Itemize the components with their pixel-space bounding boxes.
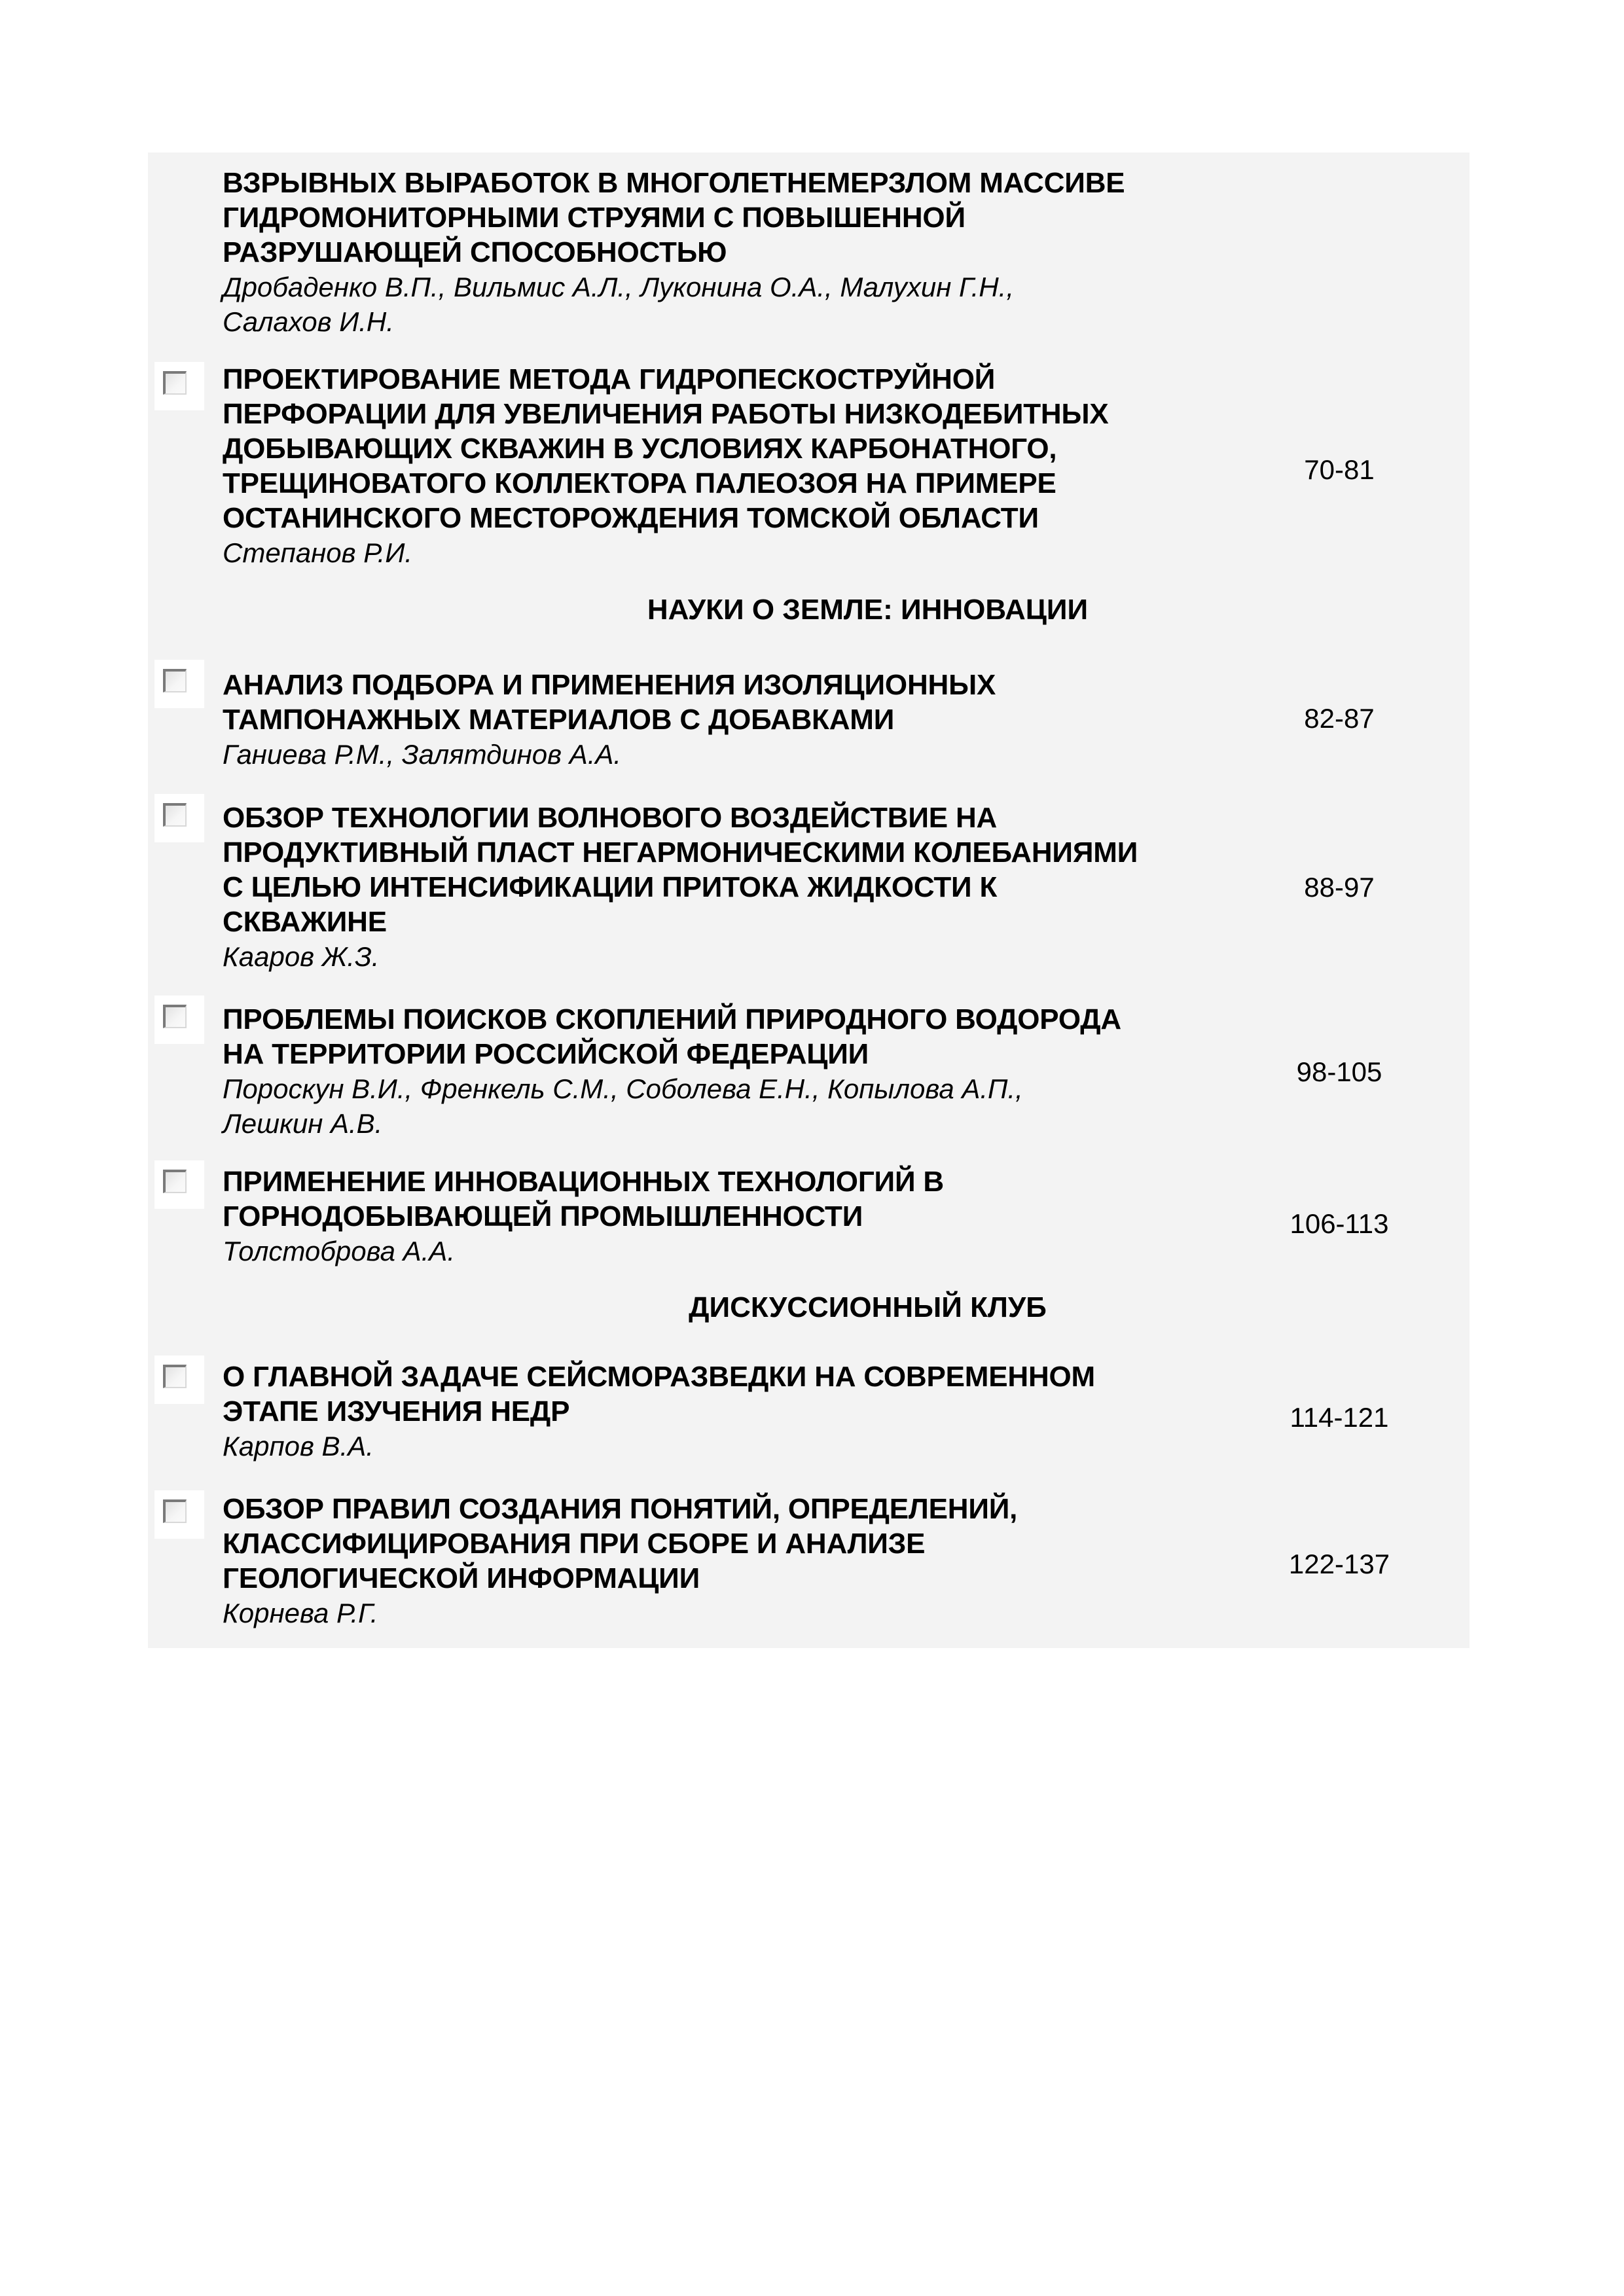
entry-title[interactable]: ВЗРЫВНЫХ ВЫРАБОТОК В МНОГОЛЕТНЕМЕРЗЛОМ М… bbox=[223, 166, 1257, 270]
checkbox-icon[interactable] bbox=[163, 371, 187, 395]
entry-text: О ГЛАВНОЙ ЗАДАЧЕ СЕЙСМОРАЗВЕДКИ НА СОВРЕ… bbox=[223, 1359, 1257, 1463]
entry-authors: Пороскун В.И., Френкель С.М., Соболева Е… bbox=[223, 1071, 1257, 1141]
title-line: НА ТЕРРИТОРИИ РОССИЙСКОЙ ФЕДЕРАЦИИ bbox=[223, 1037, 1257, 1071]
title-line: КЛАССИФИЦИРОВАНИЯ ПРИ СБОРЕ И АНАЛИЗЕ bbox=[223, 1526, 1257, 1561]
entry-title[interactable]: ПРОБЛЕМЫ ПОИСКОВ СКОПЛЕНИЙ ПРИРОДНОГО ВО… bbox=[223, 1002, 1257, 1071]
author-line: Дробаденко В.П., Вильмис А.Л., Луконина … bbox=[223, 270, 1257, 304]
select-checkbox[interactable] bbox=[154, 1355, 204, 1404]
entry-authors: Кааров Ж.З. bbox=[223, 939, 1257, 974]
author-line: Лешкин А.В. bbox=[223, 1106, 1257, 1141]
title-line: ВЗРЫВНЫХ ВЫРАБОТОК В МНОГОЛЕТНЕМЕРЗЛОМ М… bbox=[223, 166, 1257, 200]
title-line: ТРЕЩИНОВАТОГО КОЛЛЕКТОРА ПАЛЕОЗОЯ НА ПРИ… bbox=[223, 466, 1257, 501]
title-line: РАЗРУШАЮЩЕЙ СПОСОБНОСТЬЮ bbox=[223, 235, 1257, 270]
entry-authors: Толстоброва А.А. bbox=[223, 1234, 1257, 1268]
entry-title[interactable]: ОБЗОР ПРАВИЛ СОЗДАНИЯ ПОНЯТИЙ, ОПРЕДЕЛЕН… bbox=[223, 1492, 1257, 1596]
title-line: ТАМПОНАЖНЫХ МАТЕРИАЛОВ С ДОБАВКАМИ bbox=[223, 702, 1257, 737]
author-line: Толстоброва А.А. bbox=[223, 1234, 1257, 1268]
entry-title[interactable]: О ГЛАВНОЙ ЗАДАЧЕ СЕЙСМОРАЗВЕДКИ НА СОВРЕ… bbox=[223, 1359, 1257, 1429]
page-range: 88-97 bbox=[1261, 870, 1418, 905]
checkbox-icon[interactable] bbox=[163, 1365, 187, 1388]
entry-text: АНАЛИЗ ПОДБОРА И ПРИМЕНЕНИЯ ИЗОЛЯЦИОННЫХ… bbox=[223, 668, 1257, 772]
title-line: ПРОБЛЕМЫ ПОИСКОВ СКОПЛЕНИЙ ПРИРОДНОГО ВО… bbox=[223, 1002, 1257, 1037]
author-line: Кааров Ж.З. bbox=[223, 939, 1257, 974]
entry-title[interactable]: ОБЗОР ТЕХНОЛОГИИ ВОЛНОВОГО ВОЗДЕЙСТВИЕ Н… bbox=[223, 800, 1257, 939]
section-heading: НАУКИ О ЗЕМЛЕ: ИННОВАЦИИ bbox=[148, 592, 1470, 627]
section-heading: ДИСКУССИОННЫЙ КЛУБ bbox=[148, 1290, 1470, 1325]
author-line: Ганиева Р.М., Залятдинов А.А. bbox=[223, 737, 1257, 772]
entry-text: ВЗРЫВНЫХ ВЫРАБОТОК В МНОГОЛЕТНЕМЕРЗЛОМ М… bbox=[223, 166, 1257, 339]
entry-text: ПРОБЛЕМЫ ПОИСКОВ СКОПЛЕНИЙ ПРИРОДНОГО ВО… bbox=[223, 1002, 1257, 1141]
title-line: ПРОДУКТИВНЫЙ ПЛАСТ НЕГАРМОНИЧЕСКИМИ КОЛЕ… bbox=[223, 835, 1257, 870]
author-line: Салахов И.Н. bbox=[223, 304, 1257, 339]
title-line: ОСТАНИНСКОГО МЕСТОРОЖДЕНИЯ ТОМСКОЙ ОБЛАС… bbox=[223, 501, 1257, 535]
checkbox-icon[interactable] bbox=[163, 1170, 187, 1193]
title-line: ПРИМЕНЕНИЕ ИННОВАЦИОННЫХ ТЕХНОЛОГИЙ В bbox=[223, 1164, 1257, 1199]
title-line: ГИДРОМОНИТОРНЫМИ СТРУЯМИ С ПОВЫШЕННОЙ bbox=[223, 200, 1257, 235]
entry-text: ОБЗОР ТЕХНОЛОГИИ ВОЛНОВОГО ВОЗДЕЙСТВИЕ Н… bbox=[223, 800, 1257, 974]
title-line: СКВАЖИНЕ bbox=[223, 905, 1257, 939]
author-line: Корнева Р.Г. bbox=[223, 1596, 1257, 1630]
title-line: С ЦЕЛЬЮ ИНТЕНСИФИКАЦИИ ПРИТОКА ЖИДКОСТИ … bbox=[223, 870, 1257, 905]
select-checkbox[interactable] bbox=[154, 1160, 204, 1209]
entry-authors: Степанов Р.И. bbox=[223, 535, 1257, 570]
title-line: ЭТАПЕ ИЗУЧЕНИЯ НЕДР bbox=[223, 1394, 1257, 1429]
entry-title[interactable]: ПРОЕКТИРОВАНИЕ МЕТОДА ГИДРОПЕСКОСТРУЙНОЙ… bbox=[223, 362, 1257, 535]
entry-authors: Дробаденко В.П., Вильмис А.Л., Луконина … bbox=[223, 270, 1257, 339]
title-line: ГЕОЛОГИЧЕСКОЙ ИНФОРМАЦИИ bbox=[223, 1561, 1257, 1596]
title-line: О ГЛАВНОЙ ЗАДАЧЕ СЕЙСМОРАЗВЕДКИ НА СОВРЕ… bbox=[223, 1359, 1257, 1394]
entry-text: ОБЗОР ПРАВИЛ СОЗДАНИЯ ПОНЯТИЙ, ОПРЕДЕЛЕН… bbox=[223, 1492, 1257, 1630]
select-checkbox[interactable] bbox=[154, 794, 204, 842]
page-range: 82-87 bbox=[1261, 701, 1418, 736]
entry-title[interactable]: АНАЛИЗ ПОДБОРА И ПРИМЕНЕНИЯ ИЗОЛЯЦИОННЫХ… bbox=[223, 668, 1257, 737]
title-line: ОБЗОР ТЕХНОЛОГИИ ВОЛНОВОГО ВОЗДЕЙСТВИЕ Н… bbox=[223, 800, 1257, 835]
checkbox-icon[interactable] bbox=[163, 803, 187, 827]
page-range: 122-137 bbox=[1261, 1547, 1418, 1581]
select-checkbox[interactable] bbox=[154, 996, 204, 1044]
select-checkbox[interactable] bbox=[154, 660, 204, 708]
entry-authors: Корнева Р.Г. bbox=[223, 1596, 1257, 1630]
title-line: ГОРНОДОБЫВАЮЩЕЙ ПРОМЫШЛЕННОСТИ bbox=[223, 1199, 1257, 1234]
entry-text: ПРИМЕНЕНИЕ ИННОВАЦИОННЫХ ТЕХНОЛОГИЙ В ГО… bbox=[223, 1164, 1257, 1268]
select-checkbox[interactable] bbox=[154, 362, 204, 410]
checkbox-icon[interactable] bbox=[163, 669, 187, 692]
checkbox-icon[interactable] bbox=[163, 1499, 187, 1523]
title-line: ПРОЕКТИРОВАНИЕ МЕТОДА ГИДРОПЕСКОСТРУЙНОЙ bbox=[223, 362, 1257, 397]
page-range: 106-113 bbox=[1261, 1206, 1418, 1241]
author-line: Карпов В.А. bbox=[223, 1429, 1257, 1463]
entry-title[interactable]: ПРИМЕНЕНИЕ ИННОВАЦИОННЫХ ТЕХНОЛОГИЙ В ГО… bbox=[223, 1164, 1257, 1234]
section-heading-text: ДИСКУССИОННЫЙ КЛУБ bbox=[689, 1291, 1047, 1323]
page-range: 98-105 bbox=[1261, 1054, 1418, 1089]
author-line: Пороскун В.И., Френкель С.М., Соболева Е… bbox=[223, 1071, 1257, 1106]
select-checkbox[interactable] bbox=[154, 1490, 204, 1539]
title-line: АНАЛИЗ ПОДБОРА И ПРИМЕНЕНИЯ ИЗОЛЯЦИОННЫХ bbox=[223, 668, 1257, 702]
page-range: 70-81 bbox=[1261, 452, 1418, 487]
checkbox-icon[interactable] bbox=[163, 1005, 187, 1028]
entry-authors: Карпов В.А. bbox=[223, 1429, 1257, 1463]
title-line: ПЕРФОРАЦИИ ДЛЯ УВЕЛИЧЕНИЯ РАБОТЫ НИЗКОДЕ… bbox=[223, 397, 1257, 431]
page-range: 114-121 bbox=[1261, 1400, 1418, 1435]
table-of-contents-panel: ВЗРЫВНЫХ ВЫРАБОТОК В МНОГОЛЕТНЕМЕРЗЛОМ М… bbox=[148, 152, 1470, 1648]
title-line: ОБЗОР ПРАВИЛ СОЗДАНИЯ ПОНЯТИЙ, ОПРЕДЕЛЕН… bbox=[223, 1492, 1257, 1526]
title-line: ДОБЫВАЮЩИХ СКВАЖИН В УСЛОВИЯХ КАРБОНАТНО… bbox=[223, 431, 1257, 466]
entry-text: ПРОЕКТИРОВАНИЕ МЕТОДА ГИДРОПЕСКОСТРУЙНОЙ… bbox=[223, 362, 1257, 570]
author-line: Степанов Р.И. bbox=[223, 535, 1257, 570]
section-heading-text: НАУКИ О ЗЕМЛЕ: ИННОВАЦИИ bbox=[647, 594, 1088, 626]
entry-authors: Ганиева Р.М., Залятдинов А.А. bbox=[223, 737, 1257, 772]
